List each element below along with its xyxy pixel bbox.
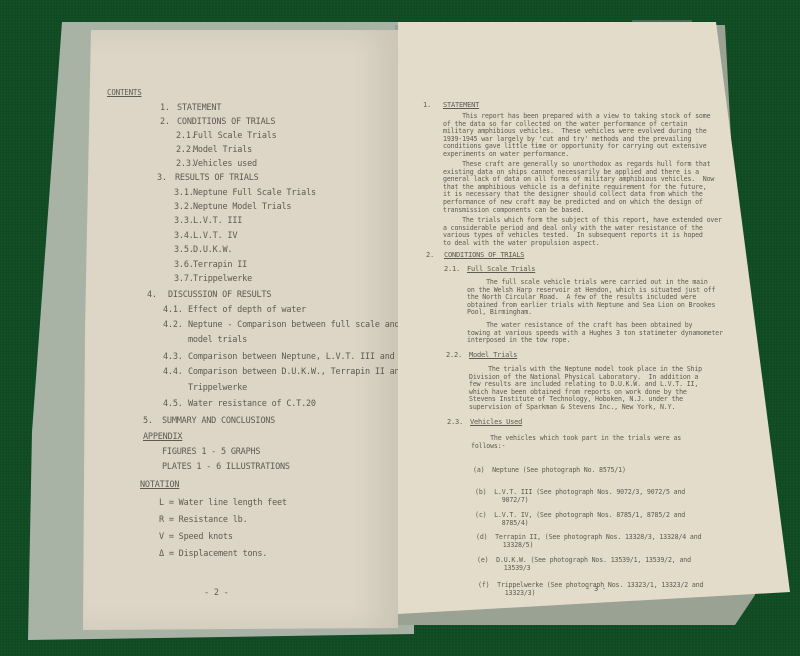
appendix-item: PLATES 1 - 6 ILLUSTRATIONS bbox=[162, 463, 290, 472]
contents-heading: CONTENTS bbox=[107, 89, 142, 97]
full-scale-paragraph-2: The water resistance of the craft has be… bbox=[467, 322, 723, 345]
notation-item: L = Water line length feet bbox=[159, 499, 287, 508]
toc-item-number: 3.1. bbox=[174, 189, 194, 198]
toc-item-number: 3.6. bbox=[174, 261, 194, 270]
notation-item: Δ = Displacement tons. bbox=[159, 550, 267, 559]
section-2-3-title: Vehicles Used bbox=[470, 419, 522, 426]
toc-item-label: Terrapin II bbox=[193, 261, 247, 270]
statement-paragraph-3: The trials which form the subject of thi… bbox=[443, 217, 722, 247]
toc-item-label: D.U.K.W. bbox=[193, 246, 232, 255]
toc-item-label: Vehicles used bbox=[193, 160, 257, 169]
statement-paragraph-1: This report has been prepared with a vie… bbox=[443, 113, 710, 159]
vehicle-list-item: (a) Neptune (See photograph No. 8575/1) bbox=[473, 467, 626, 475]
toc-item-number: 4. bbox=[147, 291, 157, 300]
toc-item-label: model trials bbox=[188, 336, 247, 345]
toc-item-label: DISCUSSION OF RESULTS bbox=[168, 291, 271, 300]
toc-item-label: SUMMARY AND CONCLUSIONS bbox=[162, 417, 275, 426]
toc-item-number: 4.2. bbox=[163, 321, 183, 330]
toc-item-label: Full Scale Trials bbox=[193, 132, 277, 141]
section-2-2-number: 2.2. bbox=[446, 352, 462, 359]
toc-item-number: 5. bbox=[143, 417, 153, 426]
toc-item-number: 3.4. bbox=[174, 232, 194, 241]
vehicle-list-item: (d) Terrapin II, (See photograph Nos. 13… bbox=[476, 534, 701, 549]
toc-item-label: L.V.T. IV bbox=[193, 232, 237, 241]
toc-item-label: STATEMENT bbox=[177, 104, 221, 113]
toc-item-number: 4.3. bbox=[163, 353, 183, 362]
appendix-item: FIGURES 1 - 5 GRAPHS bbox=[162, 448, 260, 457]
section-1-number: 1. bbox=[423, 102, 431, 109]
statement-paragraph-2: These craft are generally so unorthodox … bbox=[443, 161, 714, 214]
toc-item-number: 2. bbox=[160, 118, 170, 127]
vehicle-list-item: (c) L.V.T. IV, (See photograph Nos. 8785… bbox=[475, 512, 685, 527]
toc-item-label: Effect of depth of water bbox=[188, 306, 306, 315]
notation-item: V = Speed knots bbox=[159, 533, 233, 542]
notation-heading: NOTATION bbox=[140, 481, 179, 490]
model-trials-paragraph: The trials with the Neptune model took p… bbox=[469, 366, 702, 412]
toc-item-number: 4.5. bbox=[163, 400, 183, 409]
toc-item-label: Neptune Full Scale Trials bbox=[193, 189, 316, 198]
notation-item: R = Resistance lb. bbox=[159, 516, 248, 525]
toc-item-number: 3.2. bbox=[174, 203, 194, 212]
toc-item-label: Trippelwerke bbox=[193, 275, 252, 284]
section-1-title: STATEMENT bbox=[443, 102, 479, 109]
toc-item-label: L.V.T. III bbox=[193, 217, 242, 226]
full-scale-paragraph-1: The full scale vehicle trials were carri… bbox=[467, 279, 715, 317]
toc-item-number: 4.4. bbox=[163, 368, 183, 377]
page-number-right: - 3 - bbox=[586, 586, 606, 593]
toc-item-number: 3.7. bbox=[174, 275, 194, 284]
section-2-1-title: Full Scale Trials bbox=[467, 266, 535, 273]
page-number-left: - 2 - bbox=[204, 589, 229, 598]
section-2-1-number: 2.1. bbox=[444, 266, 460, 273]
toc-item-number: 1. bbox=[160, 104, 170, 113]
toc-item-number: 3.5. bbox=[174, 246, 194, 255]
toc-item-label: Trippelwerke bbox=[188, 384, 247, 393]
vehicle-list-item: (b) L.V.T. III (See photograph Nos. 9072… bbox=[475, 489, 685, 504]
appendix-heading: APPENDIX bbox=[143, 433, 182, 442]
section-2-number: 2. bbox=[426, 252, 434, 259]
toc-item-label: CONDITIONS OF TRIALS bbox=[177, 118, 275, 127]
vehicle-list-item: (e) D.U.K.W. (See photograph Nos. 13539/… bbox=[477, 557, 691, 572]
toc-item-label: Comparison between D.U.K.W., Terrapin II… bbox=[188, 368, 404, 377]
vehicles-intro-paragraph: The vehicles which took part in the tria… bbox=[471, 435, 681, 450]
toc-item-number: 3.3. bbox=[174, 217, 194, 226]
toc-item-label: Neptune - Comparison between full scale … bbox=[188, 321, 399, 330]
section-2-3-number: 2.3. bbox=[447, 419, 463, 426]
section-2-2-title: Model Trials bbox=[469, 352, 517, 359]
toc-item-label: Model Trials bbox=[193, 146, 252, 155]
toc-item-number: 3. bbox=[157, 174, 167, 183]
toc-item-label: Water resistance of C.T.20 bbox=[188, 400, 316, 409]
section-2-title: CONDITIONS OF TRIALS bbox=[444, 252, 524, 259]
toc-item-label: RESULTS OF TRIALS bbox=[175, 174, 259, 183]
toc-item-number: 4.1. bbox=[163, 306, 183, 315]
toc-item-label: Neptune Model Trials bbox=[193, 203, 291, 212]
